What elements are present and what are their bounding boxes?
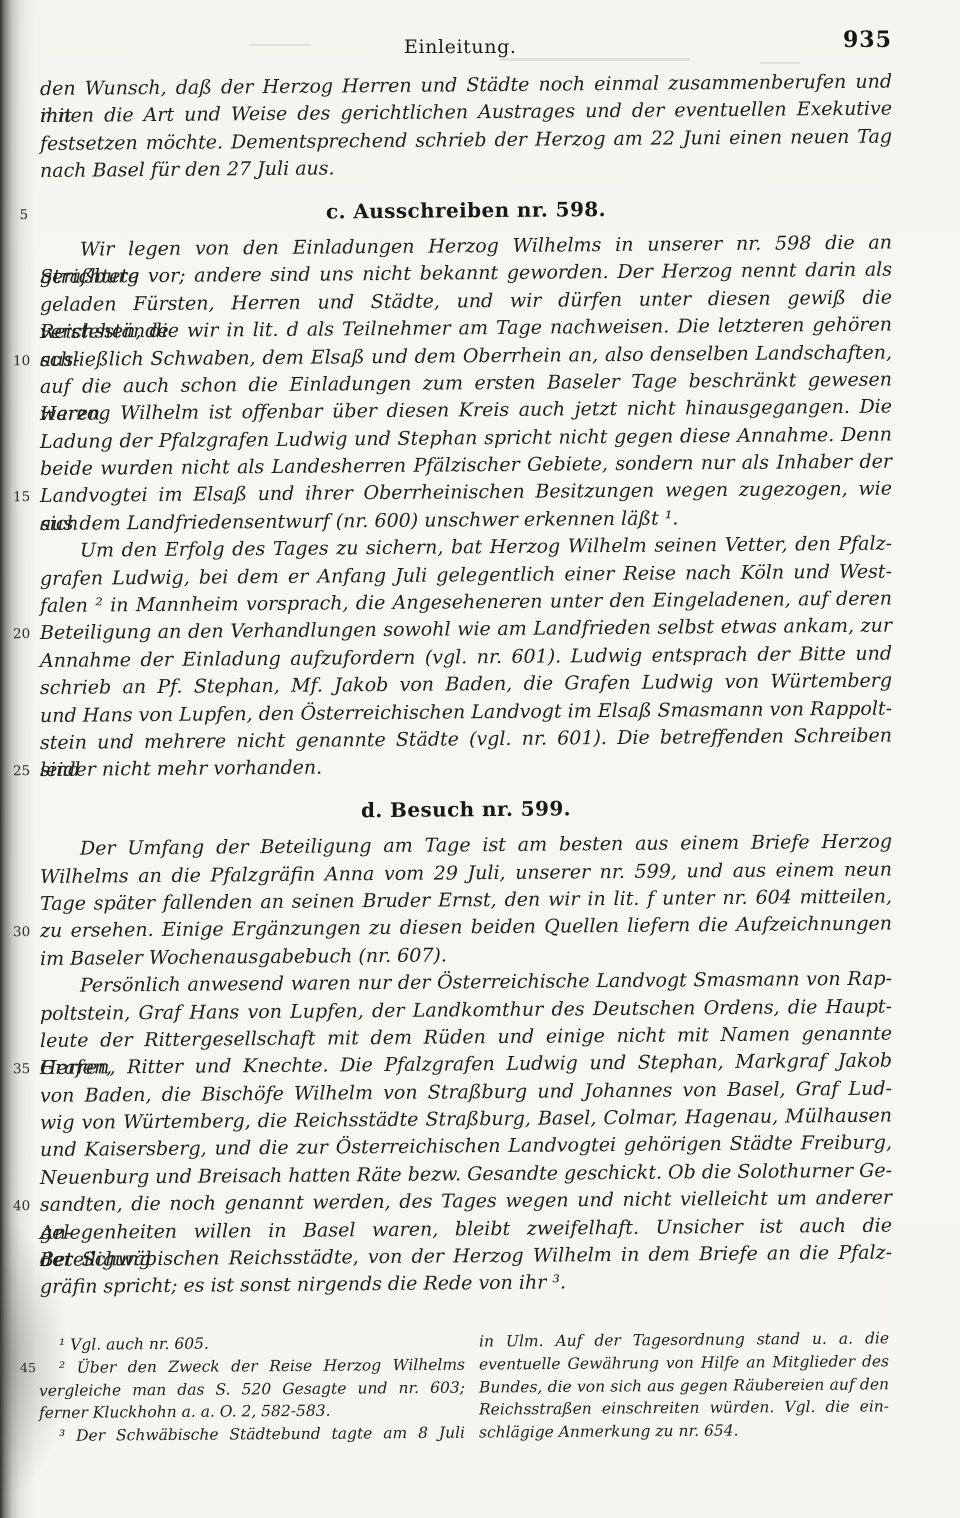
- line-text: schließlich Schwaben, dem Elsaß und dem …: [40, 341, 892, 370]
- line-text: eventuelle Gewährung von Hilfe an Mitgli…: [479, 1352, 889, 1373]
- text-line: Reichsstraßen einschreiten würden. Vgl. …: [479, 1396, 889, 1422]
- text-line: in Ulm. Auf der Tagesordnung stand u. a.…: [479, 1327, 889, 1353]
- margin-line-number: 20: [13, 621, 35, 649]
- line-text: Neuenburg und Breisach hatten Räte bezw.…: [40, 1159, 892, 1188]
- line-text: zu ersehen. Einige Ergänzungen zu diesen…: [40, 913, 892, 942]
- section-heading: d. Besuch nr. 599.: [40, 792, 892, 827]
- line-text: schlägige Anmerkung zu nr. 654.: [479, 1422, 739, 1442]
- line-text: d. Besuch nr. 599.: [361, 796, 571, 822]
- line-text: ihnen die Art und Weise des gerichtliche…: [40, 98, 892, 127]
- line-text: Bundes, die von sich aus gegen Räubereie…: [479, 1375, 889, 1396]
- text-line: eventuelle Gewährung von Hilfe an Mitgli…: [479, 1350, 889, 1376]
- margin-line-number: 25: [13, 758, 35, 786]
- text-line: ferner Kluckhohn a. a. O. 2, 582-583.: [39, 1399, 465, 1425]
- line-text: gerichtete vor; andere sind uns nicht be…: [40, 259, 892, 288]
- text-line: 45² Über den Zweck der Reise Herzog Wilh…: [39, 1353, 465, 1379]
- scan-artifact: [760, 62, 800, 64]
- line-text: Persönlich anwesend waren nur der Österr…: [80, 968, 892, 997]
- line-text: Der Umfang der Beteiligung am Tage ist a…: [80, 831, 892, 860]
- text-line: Bundes, die von sich aus gegen Räubereie…: [479, 1373, 889, 1399]
- line-text: Um den Erfolg des Tages zu sichern, bat …: [80, 533, 892, 562]
- margin-line-number: 30: [13, 919, 35, 947]
- line-text: Herzog Wilhelm ist offenbar über diesen …: [40, 396, 892, 425]
- line-text: im Baseler Wochenausgabebuch (nr. 607).: [40, 944, 447, 970]
- line-text: c. Ausschreiben nr. 598.: [326, 197, 606, 223]
- line-text: festsetzen möchte. Dementsprechend schri…: [40, 125, 892, 154]
- line-text: gräfin spricht; es ist sonst nirgends di…: [40, 1272, 566, 1299]
- line-text: Beteiligung an den Verhandlungen sowohl …: [40, 615, 892, 644]
- line-text: leider nicht mehr vorhanden.: [40, 757, 322, 781]
- line-text: Herren, Ritter und Knechte. Die Pfalzgra…: [40, 1050, 892, 1079]
- page-number: 935: [843, 27, 892, 53]
- footnotes-section: ¹ Vgl. auch nr. 605.45² Über den Zweck d…: [39, 1327, 889, 1448]
- running-header-title: Einleitung.: [404, 36, 517, 58]
- line-text: in Ulm. Auf der Tagesordnung stand u. a.…: [479, 1329, 889, 1350]
- line-text: und Kaisersberg, und die zur Österreichi…: [40, 1132, 892, 1161]
- footnote-column-left: ¹ Vgl. auch nr. 605.45² Über den Zweck d…: [39, 1331, 465, 1448]
- line-text: ² Über den Zweck der Reise Herzog Wilhel…: [59, 1355, 465, 1376]
- section-heading: 5c. Ausschreiben nr. 598.: [40, 193, 892, 228]
- line-text: poltstein, Graf Hans von Lupfen, der Lan…: [40, 995, 892, 1024]
- line-text: und Hans von Lupfen, den Österreichische…: [40, 697, 892, 726]
- line-text: ³ Der Schwäbische Städtebund tagte am 8 …: [59, 1424, 465, 1445]
- line-text: Wilhelms an die Pfalzgräfin Anna vom 29 …: [40, 858, 892, 887]
- scanned-book-page: Einleitung. 935 den Wunsch, daß der Herz…: [0, 0, 960, 1518]
- margin-line-number: 45: [20, 1357, 38, 1380]
- line-text: der Schwäbischen Reichsstädte, von der H…: [40, 1242, 892, 1271]
- line-text: von Baden, die Bischöfe Wilhelm von Stra…: [40, 1077, 892, 1106]
- text-line: ³ Der Schwäbische Städtebund tagte am 8 …: [39, 1422, 465, 1448]
- line-text: Reichsstraßen einschreiten würden. Vgl. …: [479, 1398, 889, 1419]
- text-line: ¹ Vgl. auch nr. 605.: [39, 1331, 465, 1357]
- line-text: Ladung der Pfalzgrafen Ludwig und Stepha…: [40, 423, 892, 452]
- scan-artifact: [500, 58, 690, 61]
- body-text-block: den Wunsch, daß der Herzog Herren und St…: [40, 69, 892, 1302]
- line-text: Tage später fallenden an seinen Bruder E…: [40, 886, 892, 915]
- margin-line-number: 40: [13, 1193, 35, 1221]
- line-text: nach Basel für den 27 Juli aus.: [40, 158, 335, 183]
- margin-line-number: 5: [13, 202, 35, 230]
- footnote-column-right: in Ulm. Auf der Tagesordnung stand u. a.…: [479, 1327, 889, 1444]
- line-text: beide wurden nicht als Landesherren Pfäl…: [40, 451, 892, 480]
- line-text: aus dem Landfriedensentwurf (nr. 600) un…: [40, 507, 678, 535]
- line-text: grafen Ludwig, bei dem er Anfang Juli ge…: [40, 560, 892, 589]
- text-line: schlägige Anmerkung zu nr. 654.: [479, 1419, 889, 1445]
- scan-artifact: [250, 44, 310, 46]
- margin-line-number: 10: [13, 348, 35, 376]
- line-text: falen ² in Mannheim vorsprach, die Anges…: [40, 588, 892, 617]
- line-text: Annahme der Einladung aufzufordern (vgl.…: [40, 642, 892, 671]
- line-text: ferner Kluckhohn a. a. O. 2, 582-583.: [39, 1402, 331, 1422]
- line-text: vergleiche man das S. 520 Gesagte und nr…: [39, 1378, 465, 1399]
- text-line: vergleiche man das S. 520 Gesagte und nr…: [39, 1376, 465, 1402]
- line-text: schrieb an Pf. Stephan, Mf. Jakob von Ba…: [40, 670, 892, 699]
- line-text: ¹ Vgl. auch nr. 605.: [59, 1335, 209, 1354]
- margin-line-number: 35: [13, 1056, 35, 1084]
- margin-line-number: 15: [13, 485, 35, 513]
- line-text: wig von Würtemberg, die Reichsstädte Str…: [40, 1105, 892, 1134]
